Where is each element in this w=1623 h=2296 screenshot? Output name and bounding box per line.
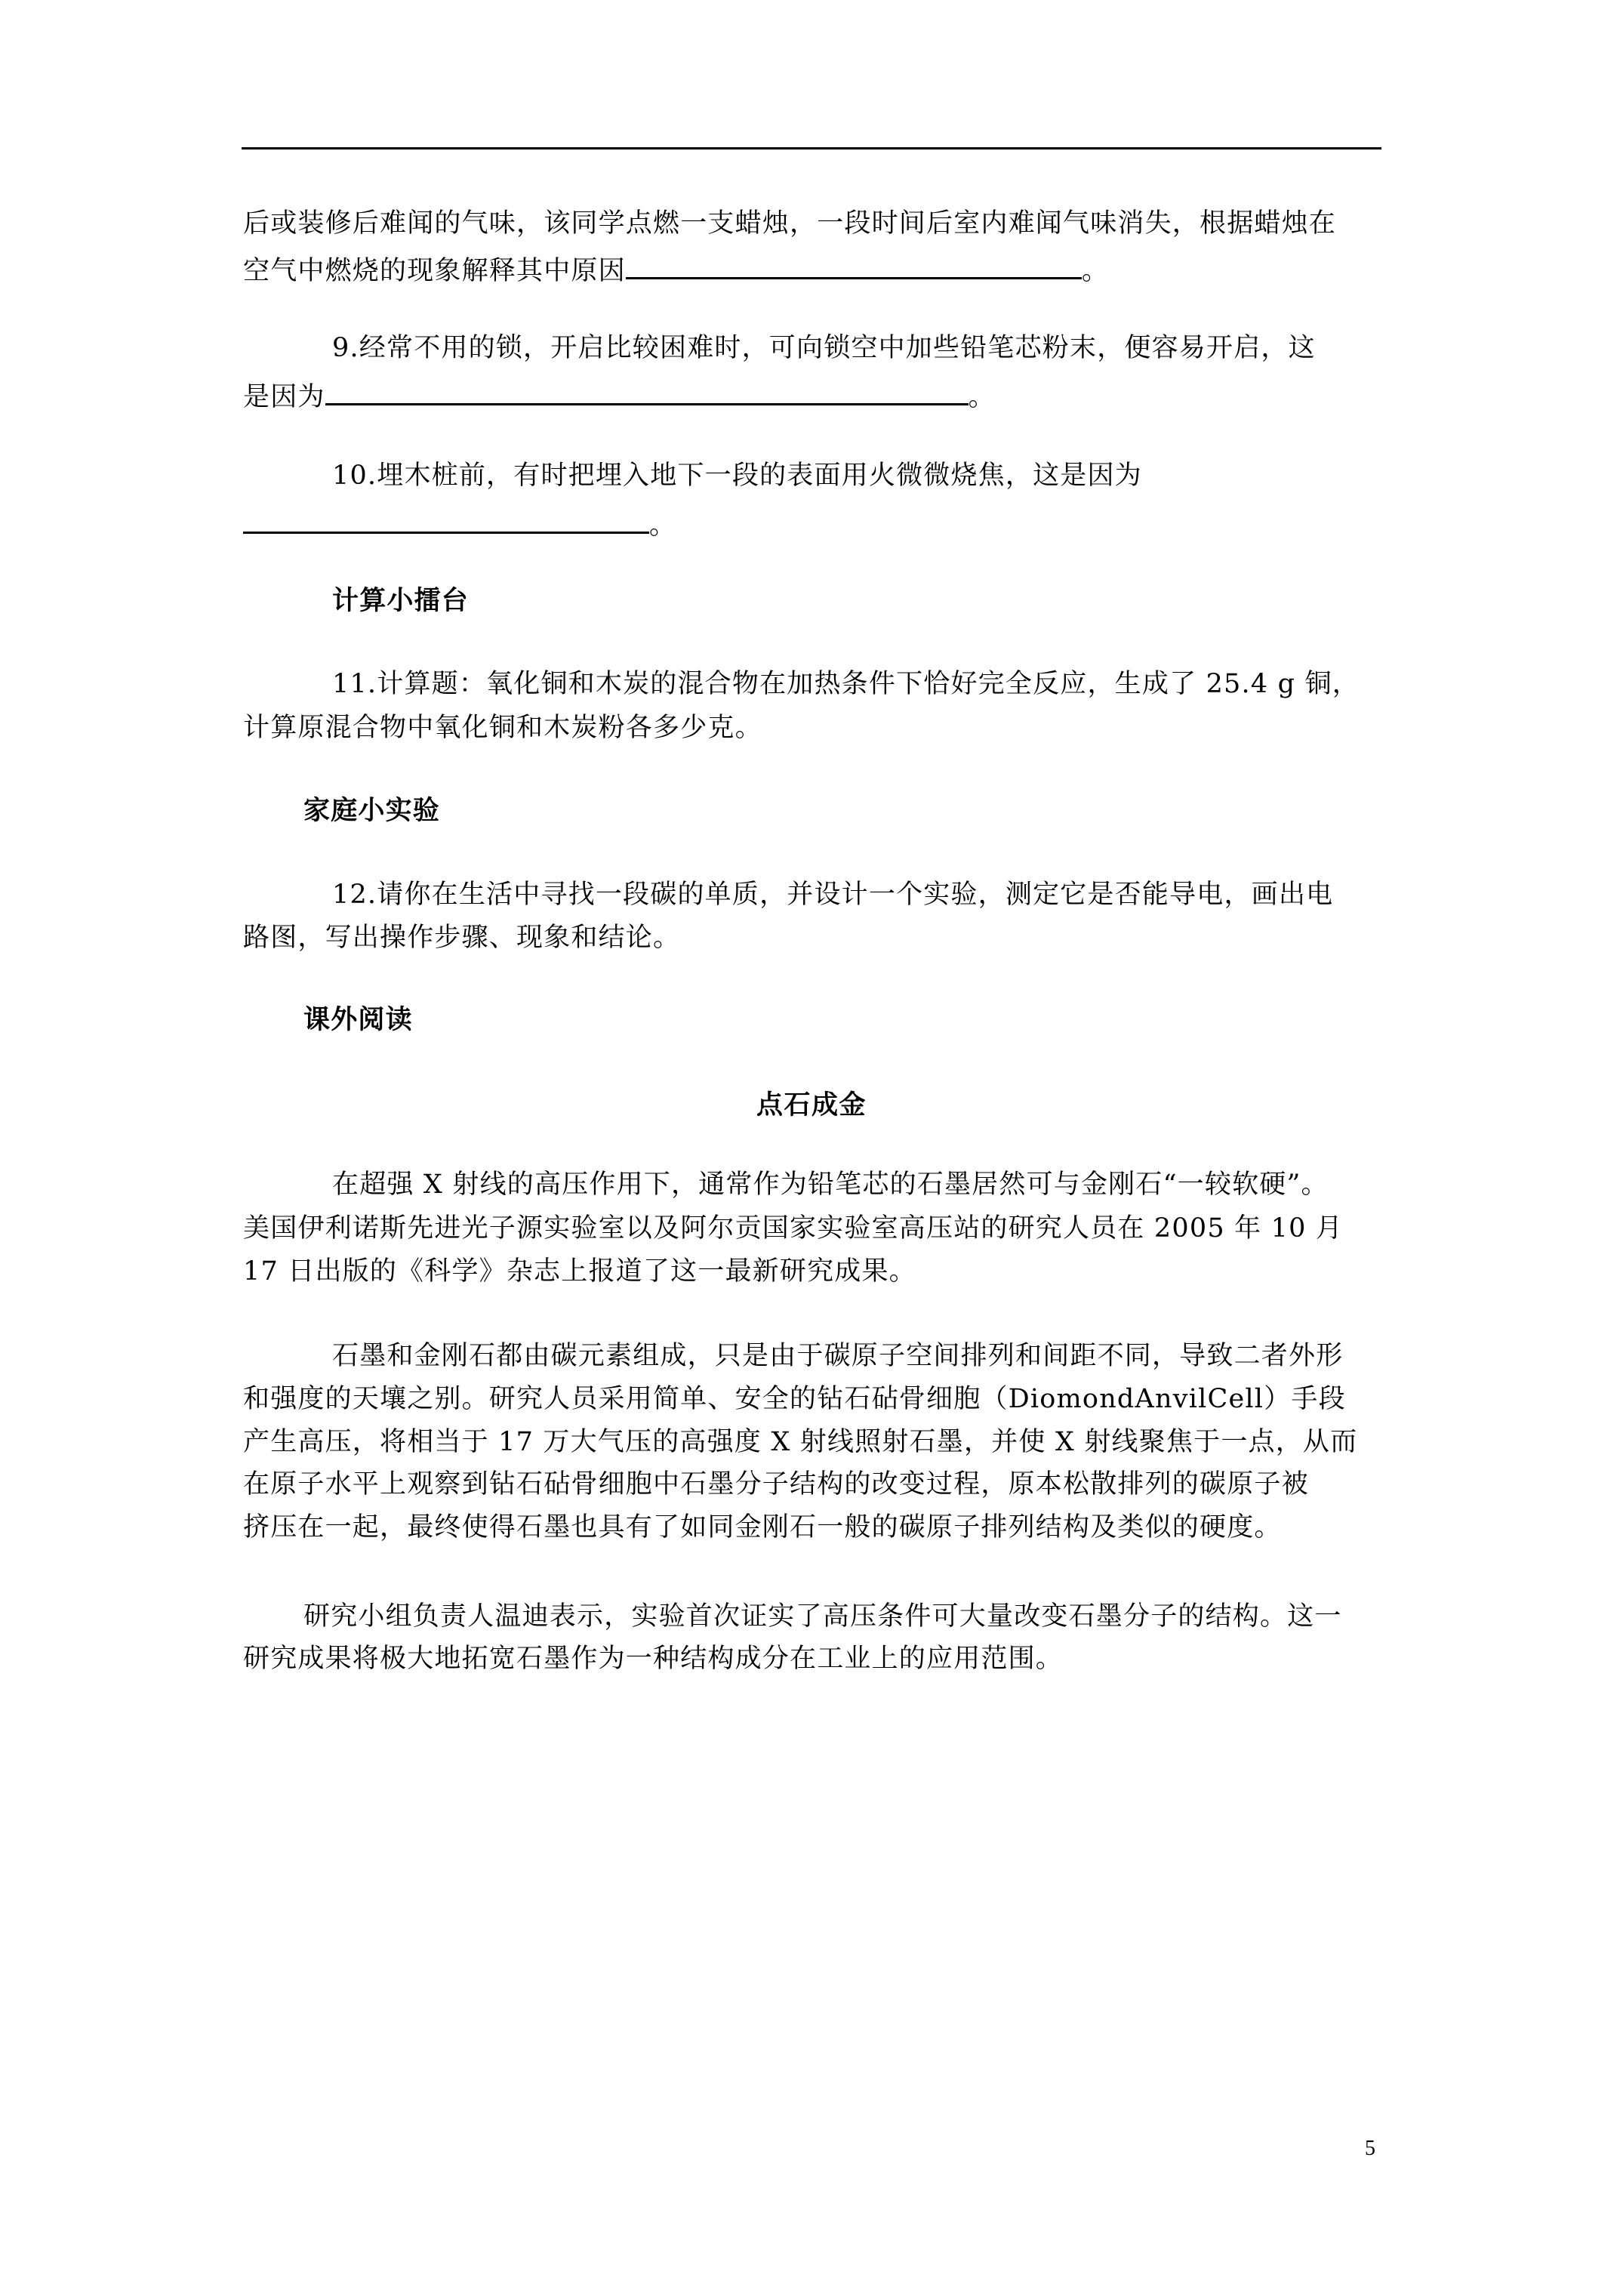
article-p3-line: 研究成果将极大地拓宽石墨作为一种结构成分在工业上的应用范围。 [243, 1644, 1063, 1674]
q8-line2: 空气中燃烧的现象解释其中原因。 [243, 251, 1109, 286]
q11-line2: 计算原混合物中氧化铜和木炭粉各多少克。 [243, 713, 762, 743]
q8-line1: 后或装修后难闻的气味，该同学点燃一支蜡烛，一段时间后室内难闻气味消失，根据蜡烛在 [243, 208, 1336, 239]
q8-text: 空气中燃烧的现象解释其中原因 [243, 256, 626, 286]
q12-line1: 12.请你在生活中寻找一段碳的单质，并设计一个实验，测定它是否能导电，画出电 [332, 880, 1333, 910]
article-p2-line: 在原子水平上观察到钻石砧骨细胞中石墨分子结构的改变过程，原本松散排列的碳原子被 [243, 1469, 1309, 1499]
article-p3-line: 研究小组负责人温迪表示，实验首次证实了高压条件可大量改变石墨分子的结构。这一 [303, 1601, 1342, 1632]
q10-period: 。 [649, 510, 676, 541]
q10-answer-blank[interactable] [243, 506, 649, 534]
q12-line2: 路图，写出操作步骤、现象和结论。 [243, 923, 680, 953]
q9-line1: 9.经常不用的锁，开启比较困难时，可向锁空中加些铅笔芯粉末，便容易开启，这 [332, 333, 1316, 363]
q9-period: 。 [969, 382, 996, 412]
article-p1-line: 17 日出版的《科学》杂志上报道了这一最新研究成果。 [243, 1256, 916, 1287]
article-title: 点石成金 [0, 1084, 1623, 1122]
page-number: 5 [1365, 2137, 1375, 2161]
section-heading-reading: 课外阅读 [303, 1005, 413, 1035]
article-p2-line: 产生高压，将相当于 17 万大气压的高强度 X 射线照射石墨，并使 X 射线聚焦… [243, 1427, 1357, 1457]
q9-answer-blank[interactable] [325, 378, 969, 405]
q9-text: 是因为 [243, 382, 325, 412]
article-p1-line: 在超强 X 射线的高压作用下，通常作为铅笔芯的石墨居然可与金刚石“一较软硬”。 [332, 1170, 1329, 1200]
article-p1-line: 美国伊利诺斯先进光子源实验室以及阿尔贡国家实验室高压站的研究人员在 2005 年… [243, 1213, 1343, 1244]
header-rule [242, 147, 1381, 149]
q10-line1: 10.埋木桩前，有时把埋入地下一段的表面用火微微烧焦，这是因为 [332, 461, 1142, 491]
q11-line1: 11.计算题：氧化铜和木炭的混合物在加热条件下恰好完全反应，生成了 25.4 g… [332, 669, 1360, 699]
article-p2-line: 和强度的天壤之别。研究人员采用简单、安全的钻石砧骨细胞（DiomondAnvil… [243, 1384, 1346, 1414]
section-heading-calc: 计算小擂台 [332, 586, 469, 616]
article-p2-line: 挤压在一起，最终使得石墨也具有了如同金刚石一般的碳原子排列结构及类似的硬度。 [243, 1512, 1282, 1542]
article-p2-line: 石墨和金刚石都由碳元素组成，只是由于碳原子空间排列和间距不同，导致二者外形 [332, 1341, 1343, 1371]
section-heading-home: 家庭小实验 [303, 796, 440, 826]
q8-answer-blank[interactable] [626, 251, 1082, 279]
q10-line2: 。 [243, 506, 676, 541]
q8-period: 。 [1082, 256, 1109, 286]
q9-line2: 是因为。 [243, 378, 996, 412]
